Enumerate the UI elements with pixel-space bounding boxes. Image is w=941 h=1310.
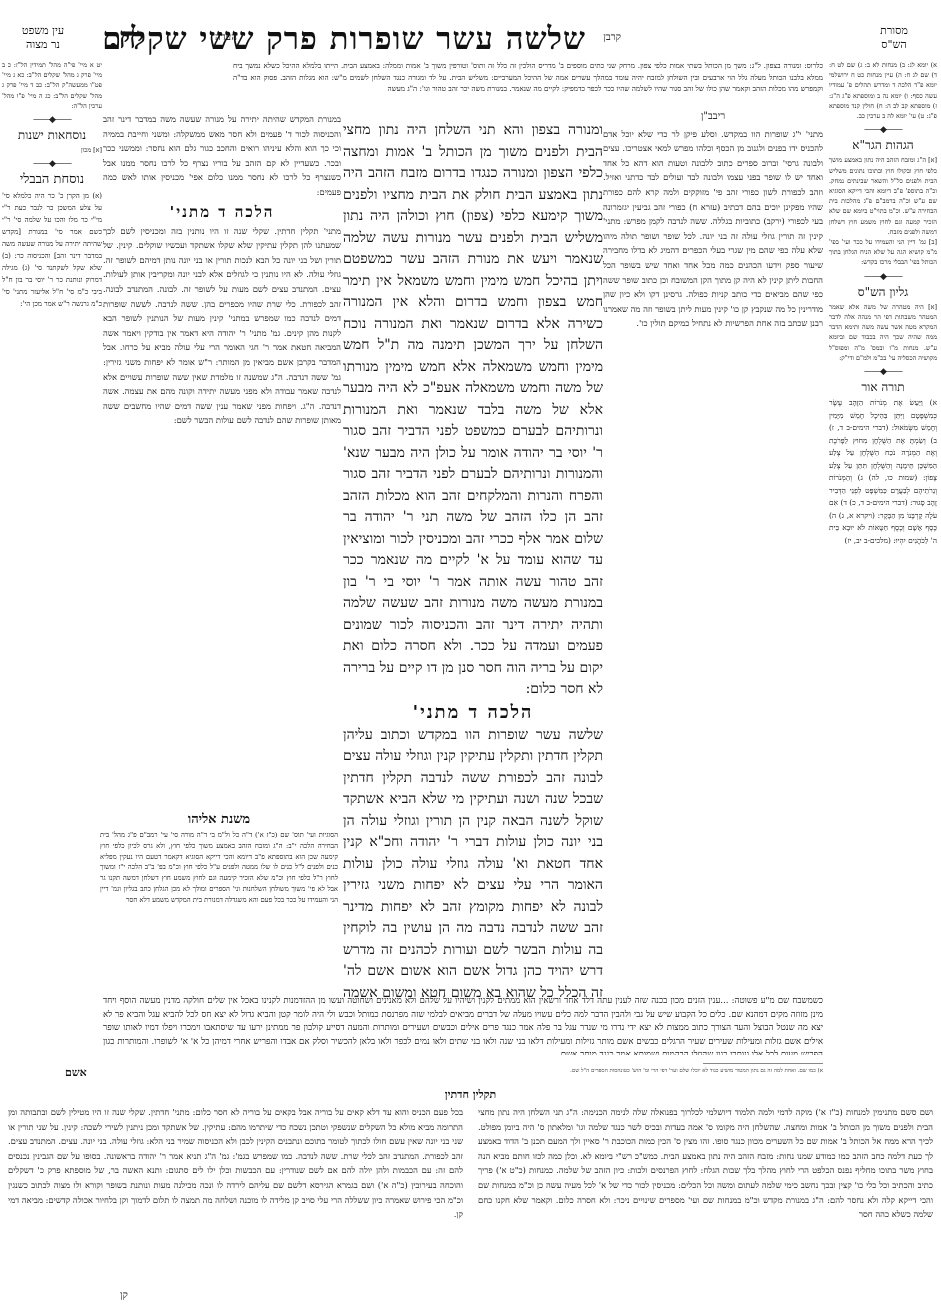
bavli-text: (א) מן הקרן כ' כר היה כלמלא סי' על צלע ה… bbox=[2, 192, 102, 308]
ein-mishpat-text: יט א מיי' פי"ה מהל' תמידין הל"ז: כ ב מיי… bbox=[2, 61, 102, 110]
heara-text: במנורת המקדש שהיתה יתירה על מנורה שעשה מ… bbox=[103, 114, 341, 197]
hagahot-text: [א] ה"ג ומזבח הזהב היה נתון באמצע מושך כ… bbox=[829, 156, 937, 235]
gilyon-title: גליון הש"ס bbox=[829, 284, 937, 300]
bottom-commentary-left: בכל פעם הכניס והוא עד דלא קאים על בוריה … bbox=[8, 1105, 463, 1285]
halacha-heading: הלכה ד מתני' bbox=[343, 701, 603, 725]
footnote: א) כמו שם. ואחת למה זה גם נתון המטור מוש… bbox=[223, 1066, 823, 1078]
left-margin: יט א מיי' פי"ה מהל' תמידין הל"ז: כ ב מיי… bbox=[2, 60, 102, 440]
halacha-heading-2: הלכה ד מתני' bbox=[103, 200, 341, 224]
daf-number: יח. bbox=[108, 22, 144, 56]
heara-tikun-text: מתני' תקלין חדתין. שקלי שנה זו היו נותני… bbox=[103, 226, 341, 426]
masoret-hashas-label: מסורת הש"ס bbox=[859, 24, 929, 52]
page-header: מסורת הש"ס קרבן שלשה עשר שופרות פרק ששי … bbox=[0, 22, 941, 58]
page-title: שלשה עשר שופרות פרק ששי שקלים bbox=[102, 22, 586, 56]
bottom-end-word: אשם bbox=[65, 1066, 87, 1079]
gilyon-text: [א] היה מטהרה של משה אלא שאמר המטהר משבת… bbox=[829, 303, 937, 362]
gemara-body-1: ומנורה בצפון והא תני השלחן היה נתון מחצי… bbox=[343, 122, 603, 697]
hagahot-title: הגהות הגר"א bbox=[829, 137, 937, 153]
gemara-body-2: שלשה עשר שופרות הוו במקדש וכתוב עליהן תק… bbox=[343, 727, 603, 1001]
mishnat-eliyahu: משנת אליהו הסוגיות ועי' תוס' שם (כ"ז א')… bbox=[100, 810, 338, 1000]
masoret-text: א) יומא לג: ב) מנחות לא ב: ג) שם לט ח: ד… bbox=[829, 61, 937, 120]
ribban-text: מתני' י"ג שופרות הוו במקדש. וסלע פיקן לר… bbox=[603, 129, 823, 314]
torah-or-title: תורה אור bbox=[829, 379, 937, 395]
talmud-page: מסורת הש"ס קרבן שלשה עשר שופרות פרק ששי … bbox=[0, 0, 941, 1310]
bottom-commentary-right: ושם סשם מתנימין למנחות (כ"ז א') מוקה לדמ… bbox=[478, 1105, 933, 1285]
heara-label: העדה bbox=[215, 32, 237, 43]
nuschaot-text: [א] מכון bbox=[81, 146, 102, 154]
right-margin: א) יומא לג: ב) מנחות לא ב: ג) שם לט ח: ד… bbox=[829, 60, 937, 1045]
ornament-divider: ——◆—— bbox=[829, 367, 937, 377]
ein-mishpat-label: עין משפט נר מצוה bbox=[12, 24, 74, 52]
ornament-divider: ——◆—— bbox=[2, 115, 102, 125]
page-bottom-marker: קן bbox=[120, 1290, 128, 1301]
korban-commentary-bottom: כשמשבח שם מ"ע פשוטה: ...ענין הזנים מכון … bbox=[103, 995, 823, 1055]
gemara-text: ומנורה בצפון והא תני השלחן היה נתון מחצי… bbox=[343, 120, 603, 1000]
mishnat-eliyahu-title: משנת אליהו bbox=[100, 812, 338, 828]
heara-commentary: במנורת המקדש שהיתה יתירה על מנורה שעשה מ… bbox=[103, 112, 341, 812]
ornament-divider: ——◆—— bbox=[829, 272, 937, 282]
ribban-commentary: ריבב"ן מתני' י"ג שופרות הוו במקדש. וסלע … bbox=[603, 110, 823, 1000]
footnote-divider bbox=[703, 1063, 823, 1064]
tiklin-chadtin-title: תקלין חדתין bbox=[0, 1088, 941, 1101]
mishnat-eliyahu-text: הסוגיות ועי' תוס' שם (כ"ז א') ד"ה כל ול"… bbox=[100, 831, 338, 904]
korban-commentary-top: כלרוס: ומנורה בצפון. ל"ג: משך מן הכותל ב… bbox=[233, 60, 823, 110]
ribban-title: ריבב"ן bbox=[603, 110, 823, 125]
nuschaot-title: נוסחאות ישנות bbox=[2, 127, 102, 143]
ornament-divider: ——◆—— bbox=[829, 125, 937, 135]
korban-label: קרבן bbox=[603, 32, 621, 43]
torah-or-text: א) וַיַּעַשׂ אֶת מְנֹרוֹת הַזָּהָב עֶשֶׂ… bbox=[829, 398, 937, 545]
hagahot-text-2: [ב] גמ' דיין הני והעמידו על ככר ועי' בפי… bbox=[829, 238, 937, 266]
bavli-title: נוסחת הבבלי bbox=[2, 172, 102, 188]
ornament-divider: ——◆—— bbox=[2, 159, 102, 169]
